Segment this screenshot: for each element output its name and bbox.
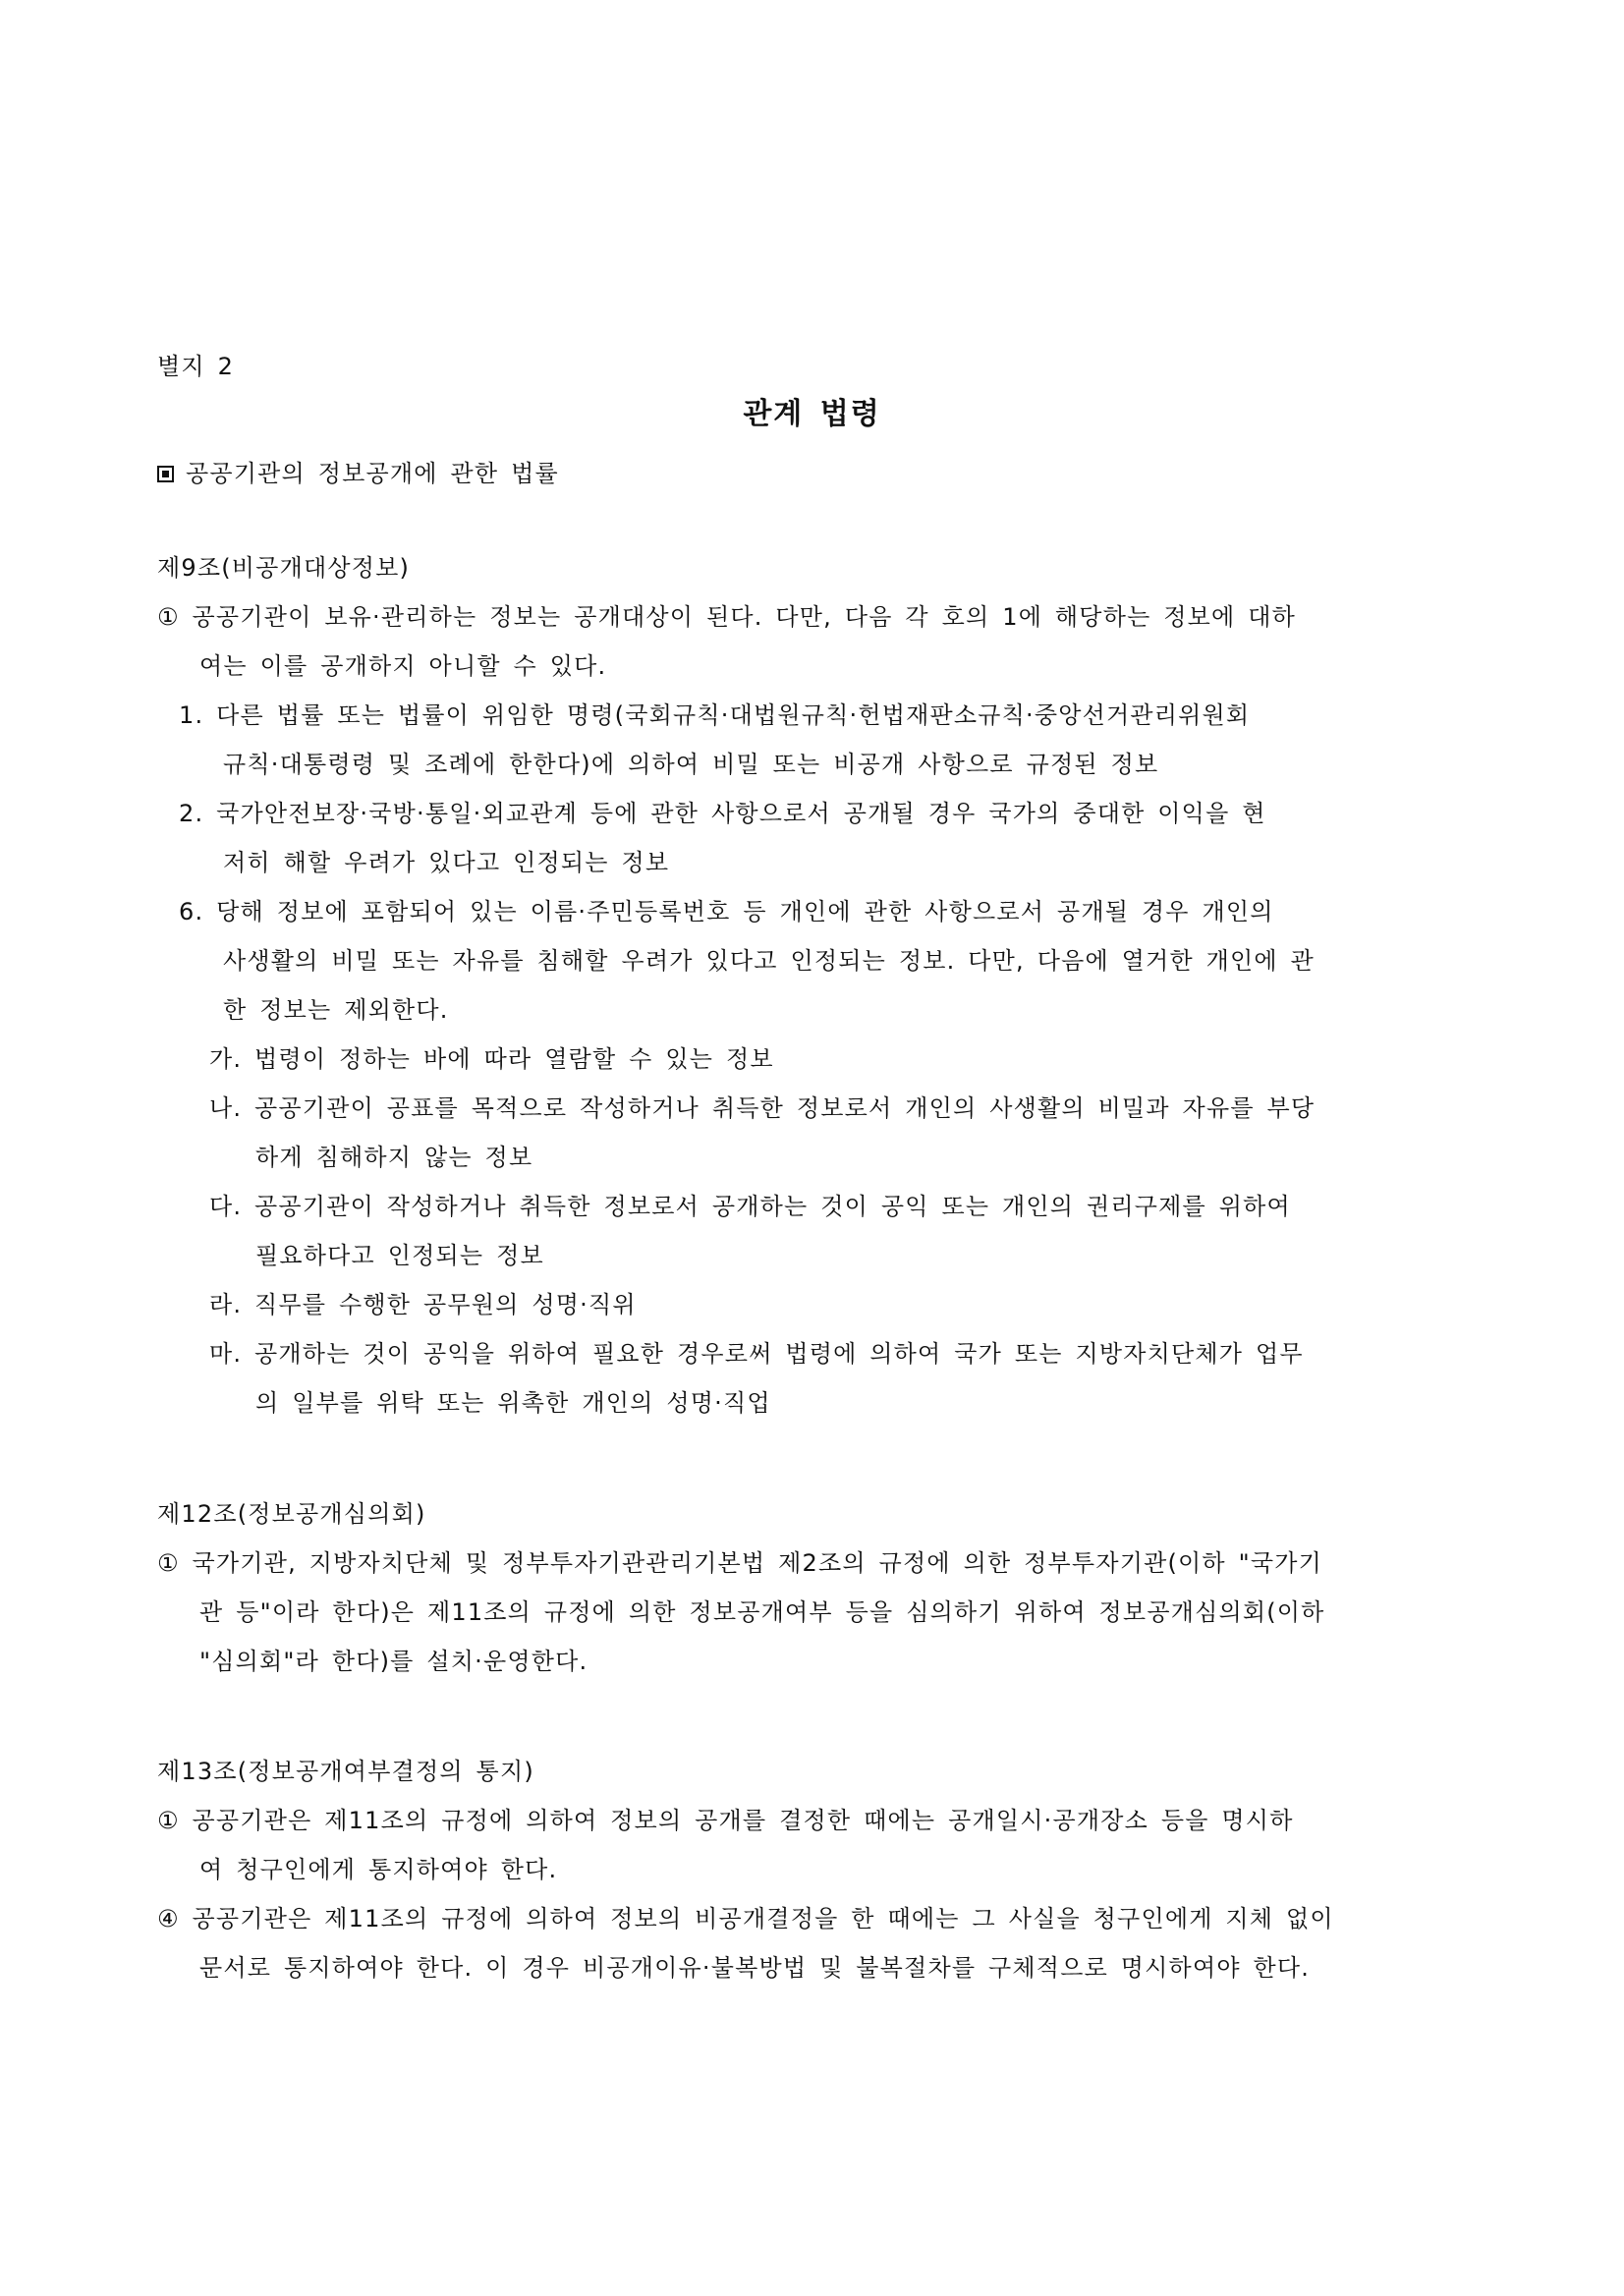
article-9-subitem-ra: 라. 직무를 수행한 공무원의 성명·직위 bbox=[209, 1290, 637, 1319]
article-9-subitem-da: 다. 공공기관이 작성하거나 취득한 정보로서 공개하는 것이 공익 또는 개인… bbox=[209, 1192, 1291, 1221]
article-9-subitem-ma-cont: 의 일부를 위탁 또는 위촉한 개인의 성명·직업 bbox=[255, 1388, 771, 1418]
article-9-subitem-da-cont: 필요하다고 인정되는 정보 bbox=[255, 1241, 544, 1270]
article-9-para-1: ① 공공기관이 보유·관리하는 정보는 공개대상이 된다. 다만, 다음 각 호… bbox=[157, 602, 1296, 632]
article-13-title: 제13조(정보공개여부결정의 통지) bbox=[157, 1757, 534, 1786]
article-12-para-1-cont-1: 관 등"이라 한다)은 제11조의 규정에 의한 정보공개여부 등을 심의하기 … bbox=[199, 1597, 1325, 1627]
article-9-item-1-cont: 규칙·대통령령 및 조례에 한한다)에 의하여 비밀 또는 비공개 사항으로 규… bbox=[223, 750, 1158, 779]
article-9-item-1: 1. 다른 법률 또는 법률이 위임한 명령(국회규칙·대법원규칙·헌법재판소규… bbox=[179, 700, 1250, 730]
document-page: 별지 2 관계 법령 공공기관의 정보공개에 관한 법률 제9조(비공개대상정보… bbox=[0, 0, 1624, 2296]
article-12-title: 제12조(정보공개심의회) bbox=[157, 1499, 426, 1529]
law-heading: 공공기관의 정보공개에 관한 법률 bbox=[157, 459, 559, 488]
article-12-para-1: ① 국가기관, 지방자치단체 및 정부투자기관관리기본법 제2조의 규정에 의한… bbox=[157, 1548, 1322, 1578]
article-9-item-6-cont-2: 한 정보는 제외한다. bbox=[223, 995, 449, 1025]
article-9-item-2: 2. 국가안전보장·국방·통일·외교관계 등에 관한 사항으로서 공개될 경우 … bbox=[179, 799, 1266, 828]
filled-square-icon bbox=[157, 466, 174, 482]
article-9-para-1-cont: 여는 이를 공개하지 아니할 수 있다. bbox=[199, 651, 606, 681]
document-title: 관계 법령 bbox=[0, 400, 1624, 429]
article-12-para-1-cont-2: "심의회"라 한다)를 설치·운영한다. bbox=[199, 1647, 588, 1676]
attachment-label: 별지 2 bbox=[157, 352, 234, 381]
article-9-title: 제9조(비공개대상정보) bbox=[157, 553, 410, 583]
law-heading-text: 공공기관의 정보공개에 관한 법률 bbox=[186, 460, 559, 487]
article-9-subitem-na: 나. 공공기관이 공표를 목적으로 작성하거나 취득한 정보로서 개인의 사생활… bbox=[209, 1093, 1315, 1123]
article-9-subitem-ga: 가. 법령이 정하는 바에 따라 열람할 수 있는 정보 bbox=[209, 1044, 774, 1074]
article-9-item-2-cont: 저히 해할 우려가 있다고 인정되는 정보 bbox=[223, 848, 669, 877]
article-13-para-4: ④ 공공기관은 제11조의 규정에 의하여 정보의 비공개결정을 한 때에는 그… bbox=[157, 1904, 1334, 1933]
article-9-subitem-na-cont: 하게 침해하지 않는 정보 bbox=[255, 1143, 532, 1172]
article-9-subitem-ma: 마. 공개하는 것이 공익을 위하여 필요한 경우로써 법령에 의하여 국가 또… bbox=[209, 1339, 1304, 1369]
article-13-para-4-cont: 문서로 통지하여야 한다. 이 경우 비공개이유·불복방법 및 불복절차를 구체… bbox=[199, 1953, 1310, 1983]
article-13-para-1: ① 공공기관은 제11조의 규정에 의하여 정보의 공개를 결정한 때에는 공개… bbox=[157, 1806, 1294, 1835]
article-13-para-1-cont: 여 청구인에게 통지하여야 한다. bbox=[199, 1855, 557, 1884]
article-9-item-6: 6. 당해 정보에 포함되어 있는 이름·주민등록번호 등 개인에 관한 사항으… bbox=[179, 897, 1274, 926]
article-9-item-6-cont-1: 사생활의 비밀 또는 자유를 침해할 우려가 있다고 인정되는 정보. 다만, … bbox=[223, 946, 1315, 976]
